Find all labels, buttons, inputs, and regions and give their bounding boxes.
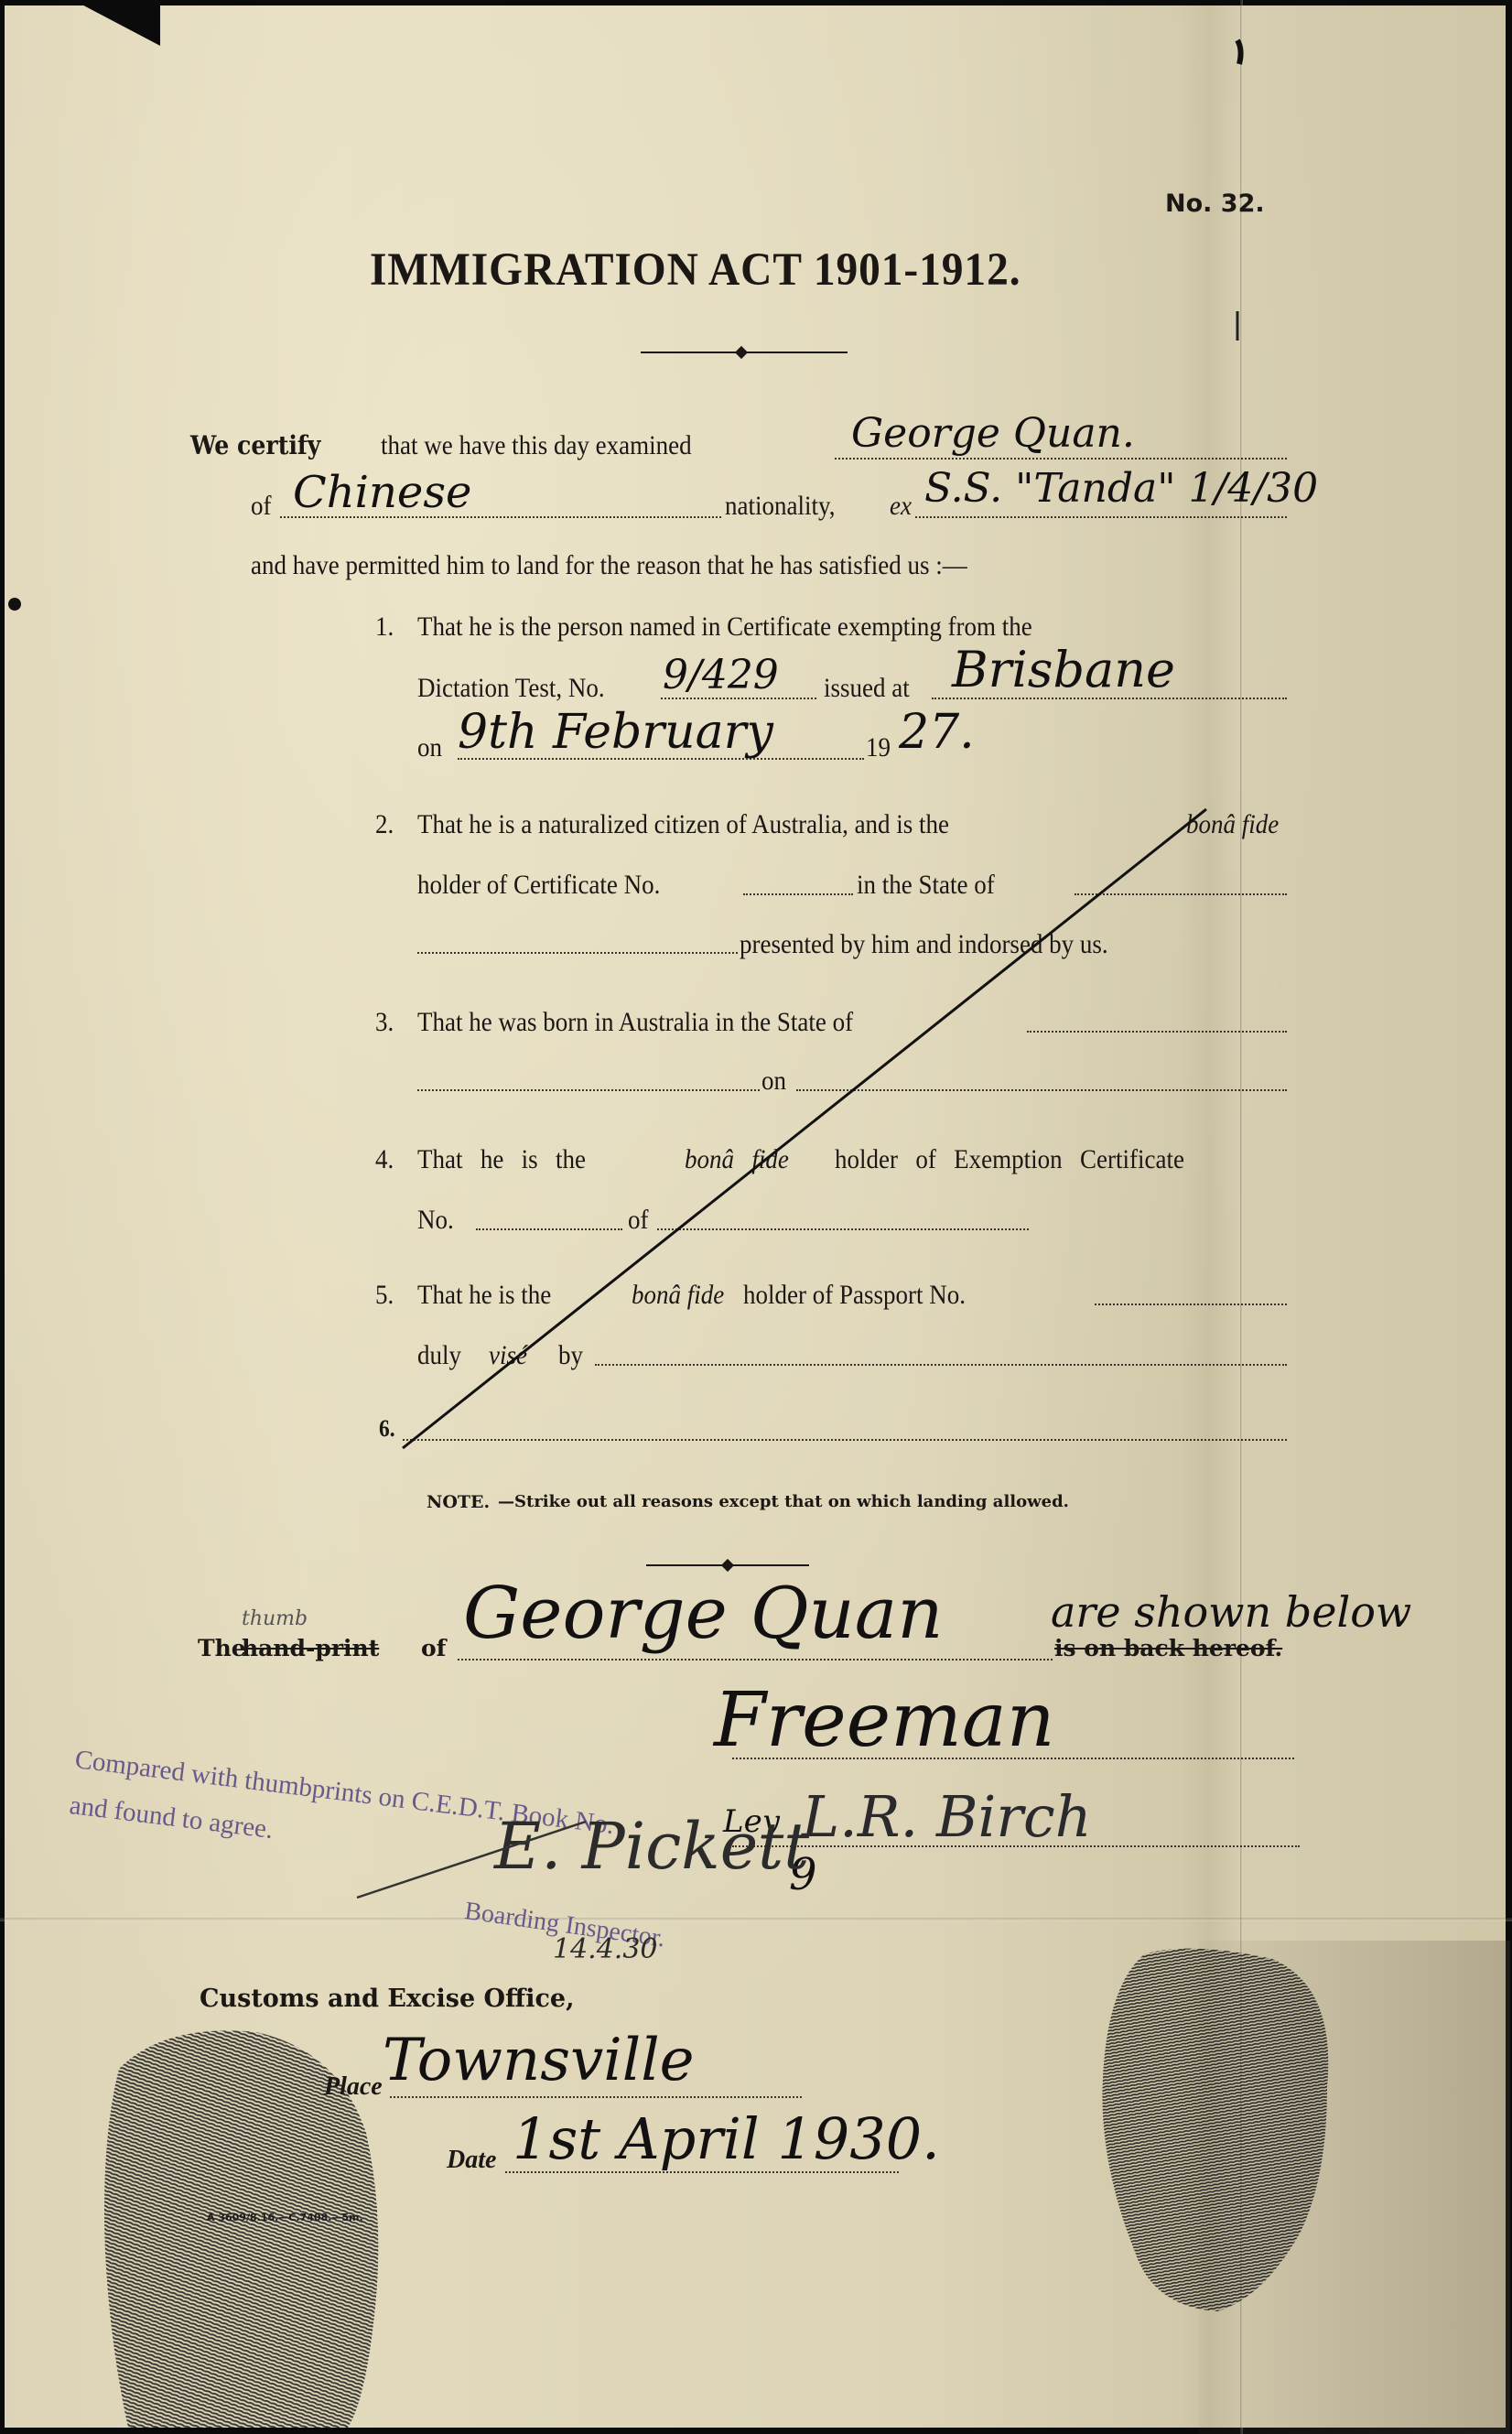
right-thumbprint <box>1102 1949 1328 2311</box>
stamp-pen-line <box>357 1822 586 1898</box>
left-thumbprint <box>104 2030 378 2428</box>
strike-out-line <box>403 809 1206 1448</box>
binding-mark <box>1237 40 1241 64</box>
document-page: No. 32. IMMIGRATION ACT 1901-1912. We ce… <box>0 0 1512 2434</box>
ink-overlay <box>0 0 1512 2434</box>
ink-spot <box>8 598 21 611</box>
